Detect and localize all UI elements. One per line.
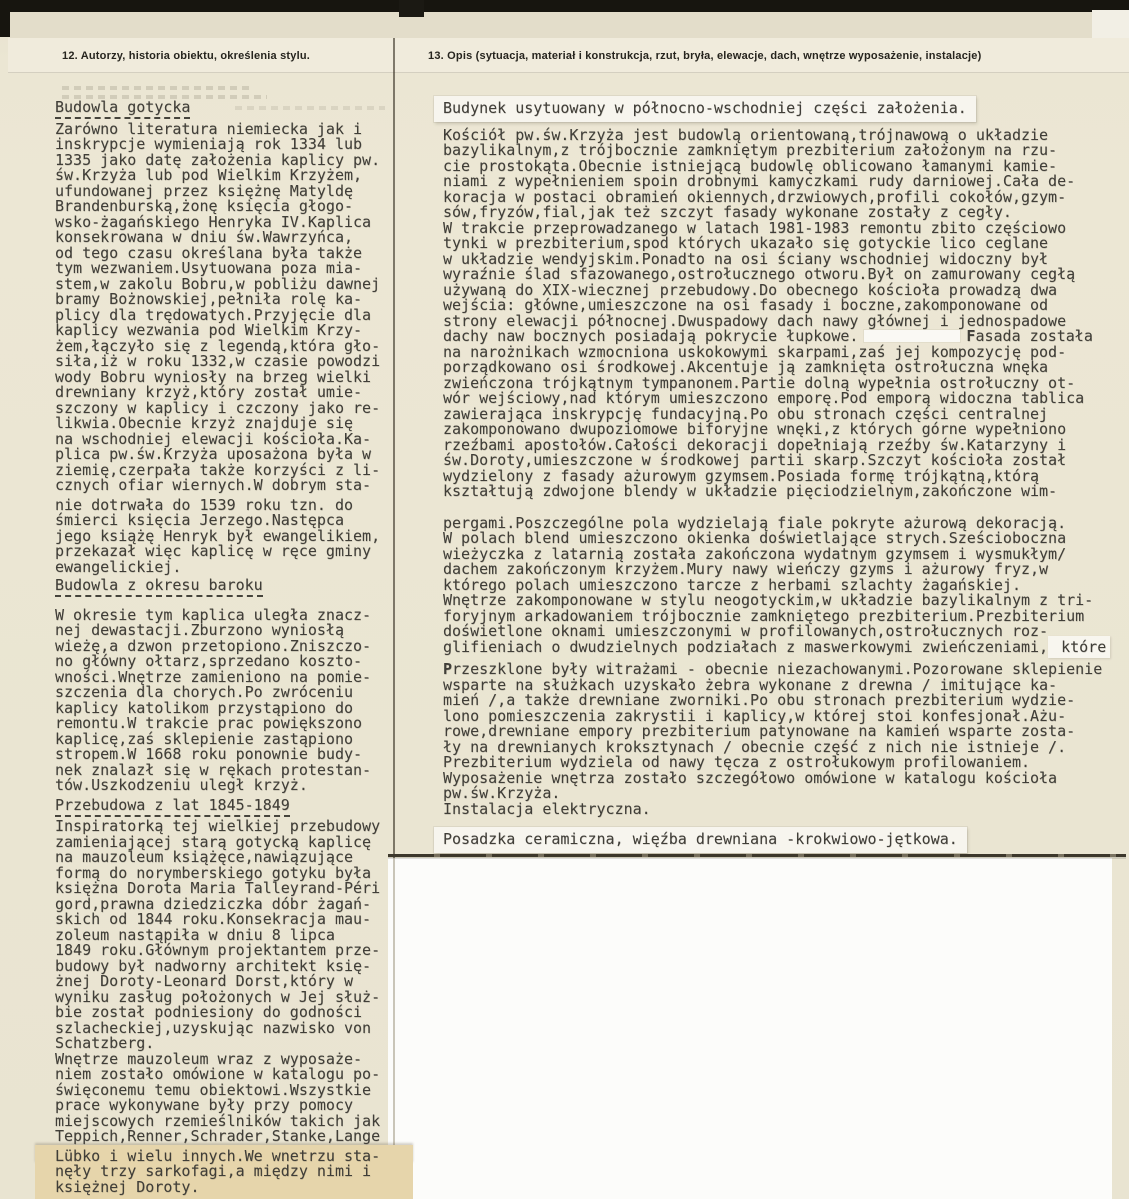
paper-corner-highlight (1092, 10, 1129, 40)
typed-line: ewangelickiej. (55, 560, 400, 576)
scanner-edge-notch (399, 0, 424, 17)
section-13-header: 13. Opis (sytuacja, materiał i konstrukc… (428, 50, 982, 62)
form-header-band: 12. Autorzy, historia obiektu, określeni… (8, 38, 1129, 73)
pasted-strip-line: księżnej Doroty. (35, 1180, 413, 1199)
typed-heading: Budowla gotycka (55, 100, 400, 116)
typed-heading: Przebudowa z lat 1845-1849 (55, 798, 400, 814)
typed-line: Teppich,Renner,Schrader,Stanke,Lange (55, 1129, 400, 1145)
typed-heading: Budowla z okresu baroku (55, 578, 400, 594)
section-13-typed-text: Budynek usytuowany w północno-wschodniej… (443, 96, 1129, 853)
paper-top-margin (10, 12, 1129, 38)
typed-line: glifieniach o dwudzielnych podziałach z … (443, 640, 1129, 656)
section-12-header: 12. Autorzy, historia obiektu, określeni… (62, 50, 310, 62)
scanned-document-page: 12. Autorzy, historia obiektu, określeni… (0, 0, 1129, 1199)
blank-backing-sheet (388, 858, 1112, 1199)
bleed-through-marks (62, 86, 252, 90)
typed-line: kształtują zdwojone blendy w układzie pi… (443, 484, 1129, 500)
typed-line: cznych ofiar wiernych.W dobrym sta- (55, 478, 400, 494)
right-sheet-edge-shadow (388, 857, 1126, 859)
section-12-typed-text: Budowla gotyckaZarówno literatura niemie… (55, 97, 400, 1199)
scanner-edge-left (0, 0, 10, 37)
whiteout-correction (864, 330, 960, 342)
typed-line: tów.Uszkodzeniu uległ krzyż. (55, 778, 400, 794)
scanner-edge-top (0, 0, 1129, 12)
pasted-strip-line: Budynek usytuowany w północno-wschodniej… (434, 96, 976, 122)
typed-line: Instalacja elektryczna. (443, 802, 1129, 818)
pasted-strip-line: Posadzka ceramiczna, więźba drewniana -k… (434, 827, 967, 853)
